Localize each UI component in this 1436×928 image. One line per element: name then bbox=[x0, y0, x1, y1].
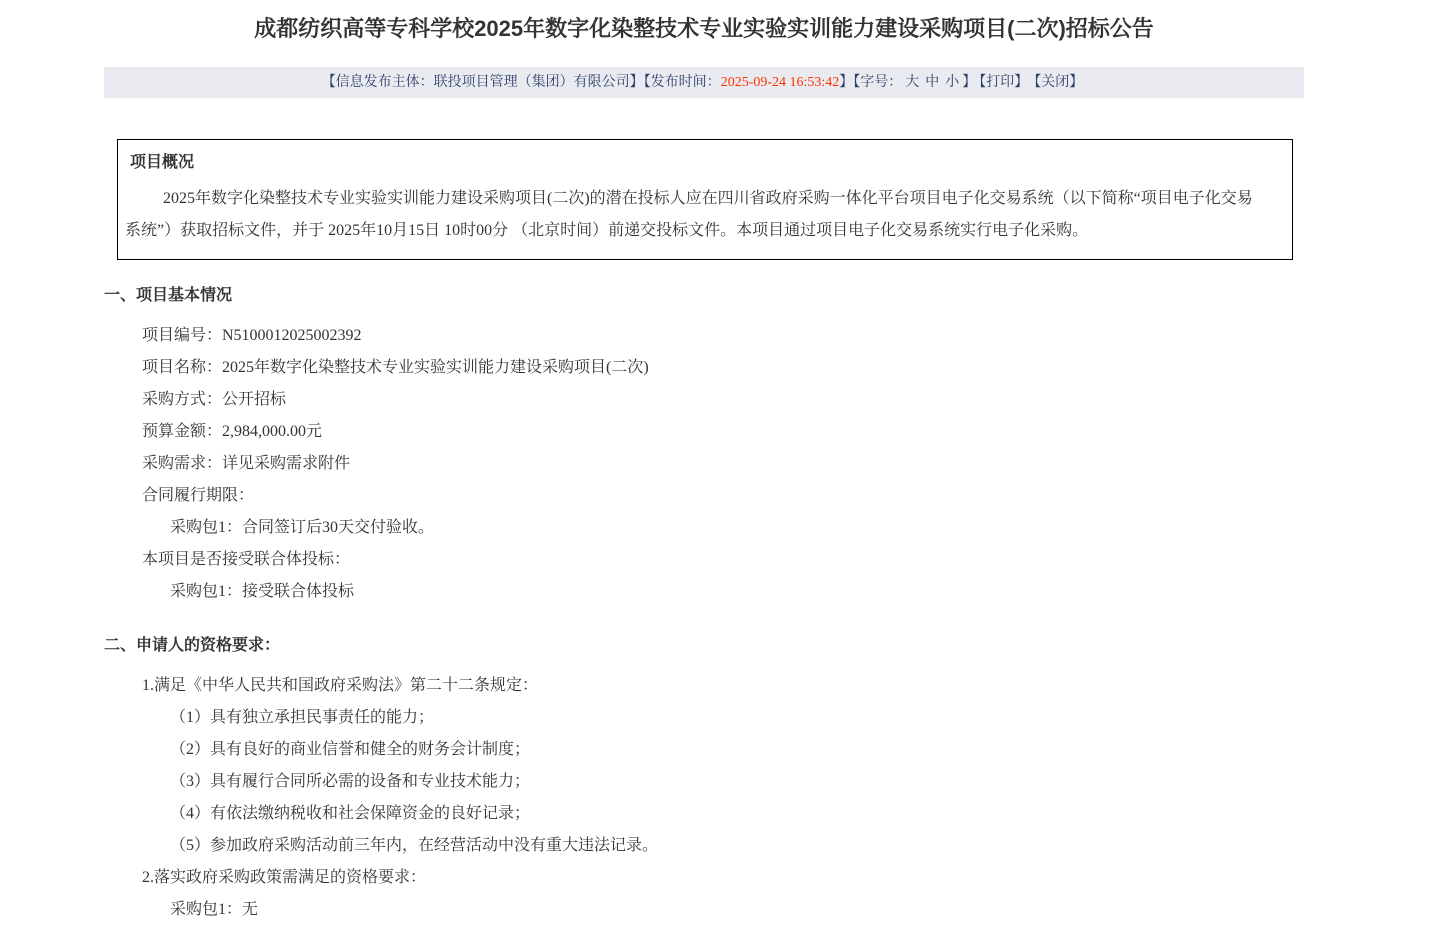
requirement-item-2: （2）具有良好的商业信誉和健全的财务会计制度； bbox=[104, 734, 1304, 766]
requirement-item-3: （3）具有履行合同所必需的设备和专业技术能力； bbox=[104, 766, 1304, 798]
section2-heading: 二、申请人的资格要求： bbox=[104, 630, 1304, 662]
section2-body: 1.满足《中华人民共和国政府采购法》第二十二条规定： （1）具有独立承担民事责任… bbox=[104, 670, 1304, 926]
field-contract-period-label: 合同履行期限： bbox=[104, 480, 1304, 512]
publish-time-value: 2025-09-24 16:53:42 bbox=[721, 75, 840, 90]
field-budget-amount: 预算金额：2,984,000.00元 bbox=[104, 416, 1304, 448]
field-procurement-method: 采购方式：公开招标 bbox=[104, 384, 1304, 416]
field-procurement-requirements: 采购需求：详见采购需求附件 bbox=[104, 448, 1304, 480]
field-consortium-bidding-package1: 采购包1：接受联合体投标 bbox=[104, 576, 1304, 608]
field-consortium-bidding-label: 本项目是否接受联合体投标： bbox=[104, 544, 1304, 576]
print-button[interactable]: 【打印】 bbox=[979, 75, 1028, 90]
field-project-number: 项目编号：N5100012025002392 bbox=[104, 320, 1304, 352]
font-size-bracket: 】 bbox=[962, 75, 976, 90]
publish-time-label: 【发布时间： bbox=[644, 75, 721, 90]
project-overview-box: 项目概况 2025年数字化染整技术专业实验实训能力建设采购项目(二次)的潜在投标… bbox=[117, 139, 1293, 260]
requirement-item-1: （1）具有独立承担民事责任的能力； bbox=[104, 702, 1304, 734]
announcement-page: 成都纺织高等专科学校2025年数字化染整技术专业实验实训能力建设采购项目(二次)… bbox=[104, 0, 1304, 926]
font-size-label: 【字号： bbox=[853, 75, 902, 90]
publisher-label: 【信息发布主体：联投项目管理（集团）有限公司】 bbox=[322, 75, 644, 90]
requirement-policy-label: 2.落实政府采购政策需满足的资格要求： bbox=[104, 862, 1304, 894]
section1-body: 项目编号：N5100012025002392 项目名称：2025年数字化染整技术… bbox=[104, 320, 1304, 608]
requirement-policy-package1: 采购包1：无 bbox=[104, 894, 1304, 926]
font-size-large-button[interactable]: 大 bbox=[905, 75, 919, 90]
section1-heading: 一、项目基本情况 bbox=[104, 280, 1304, 312]
requirement-law-article22: 1.满足《中华人民共和国政府采购法》第二十二条规定： bbox=[104, 670, 1304, 702]
overview-body: 2025年数字化染整技术专业实验实训能力建设采购项目(二次)的潜在投标人应在四川… bbox=[125, 183, 1264, 247]
page-title: 成都纺织高等专科学校2025年数字化染整技术专业实验实训能力建设采购项目(二次)… bbox=[104, 0, 1304, 44]
publish-time-bracket: 】 bbox=[839, 75, 853, 90]
field-contract-period-package1: 采购包1：合同签订后30天交付验收。 bbox=[104, 512, 1304, 544]
requirement-item-4: （4）有依法缴纳税收和社会保障资金的良好记录； bbox=[104, 798, 1304, 830]
overview-heading: 项目概况 bbox=[130, 153, 1264, 173]
field-project-name: 项目名称：2025年数字化染整技术专业实验实训能力建设采购项目(二次) bbox=[104, 352, 1304, 384]
close-button[interactable]: 【关闭】 bbox=[1034, 75, 1083, 90]
font-size-medium-button[interactable]: 中 bbox=[925, 75, 939, 90]
requirement-item-5: （5）参加政府采购活动前三年内，在经营活动中没有重大违法记录。 bbox=[104, 830, 1304, 862]
font-size-small-button[interactable]: 小 bbox=[945, 75, 959, 90]
meta-bar: 【信息发布主体：联投项目管理（集团）有限公司】【发布时间：2025-09-24 … bbox=[104, 67, 1304, 98]
